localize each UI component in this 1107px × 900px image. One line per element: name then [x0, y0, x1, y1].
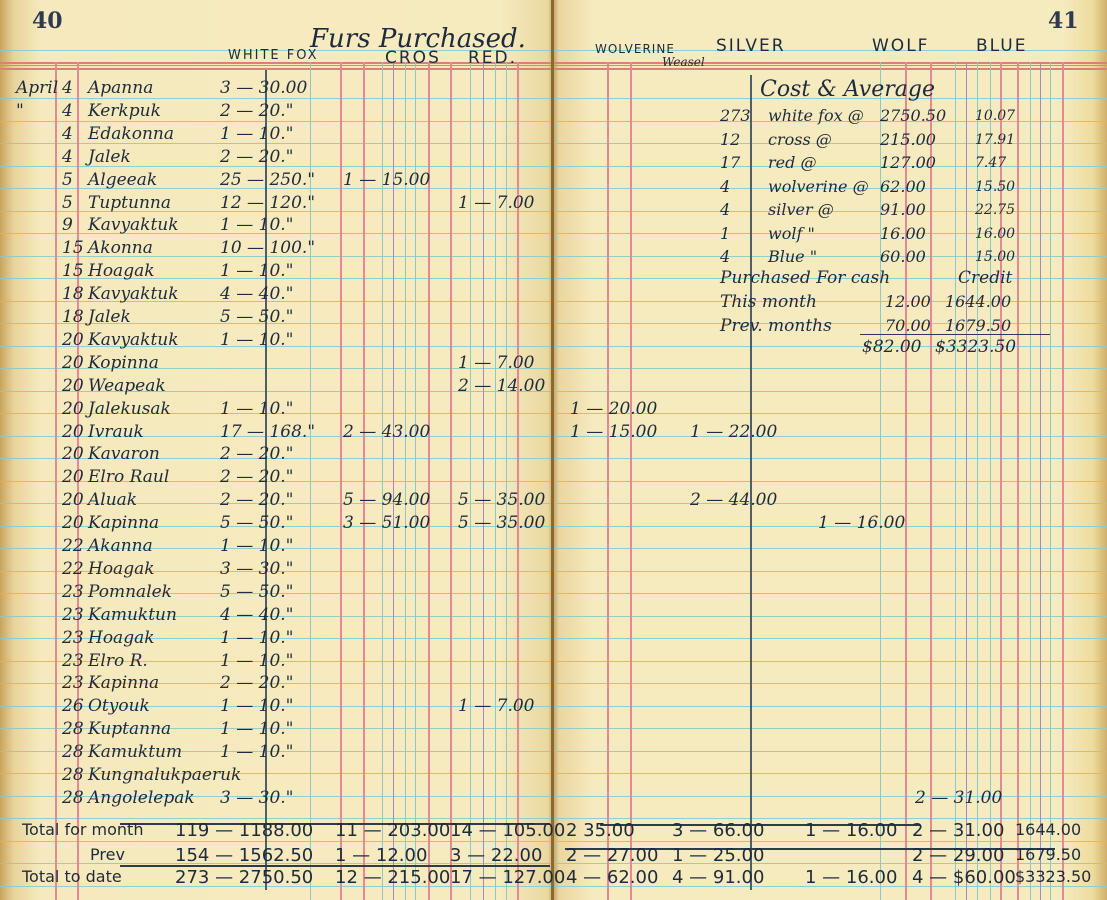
entry-name: Ivrauk	[88, 422, 144, 442]
entry-day: 20	[62, 330, 84, 350]
header-white-fox: WHITE FOX	[228, 48, 319, 63]
entry-white-fox: 17 — 168."	[220, 422, 315, 442]
entry-month: "	[16, 101, 24, 121]
entry-white-fox: 25 — 250."	[220, 170, 315, 190]
entry-wolverine: 1 — 15.00	[570, 422, 657, 442]
entry-silver: 1 — 22.00	[690, 422, 777, 442]
sum-rule	[860, 334, 1050, 335]
table-row: 20Weapeak2 — 14.00	[0, 376, 1107, 398]
table-row: 5Tuptunna12 — 120."1 — 7.00	[0, 193, 1107, 215]
entry-white-fox: 12 — 120."	[220, 193, 315, 213]
entry-white-fox: 3 — 30."	[220, 788, 293, 808]
header-silver: SILVER	[716, 36, 786, 56]
entry-day: 28	[62, 788, 84, 808]
cost-average: 22.75	[975, 200, 1015, 220]
total-silver: 4 — 91.00	[672, 867, 764, 888]
entry-day: 26	[62, 696, 84, 716]
entry-name: Kopinna	[88, 353, 159, 373]
cost-qty: 4	[720, 177, 730, 197]
total-wolverine: 2 35.00	[566, 820, 635, 841]
entry-name: Weapeak	[88, 376, 166, 396]
entry-name: Kungnalukpaeruk	[88, 765, 241, 785]
entry-name: Edakonna	[88, 124, 174, 144]
total-white-fox: 273 — 2750.50	[175, 867, 313, 888]
entry-white-fox: 1 — 10."	[220, 261, 293, 281]
total-wolf: 1 — 16.00	[805, 820, 897, 841]
entry-day: 23	[62, 651, 84, 671]
entry-white-fox: 1 — 10."	[220, 536, 293, 556]
sum-cash: $82.00	[862, 337, 921, 357]
total-red: 14 — 105.00	[450, 820, 565, 841]
prev-months-label: Prev. months	[720, 316, 832, 336]
entry-name: Apanna	[88, 78, 153, 98]
entry-day: 15	[62, 238, 84, 258]
ledger-spread: 40 41 Furs Purchased. WHITE FOX CROS RED…	[0, 0, 1107, 900]
entry-day: 5	[62, 193, 73, 213]
purchased-for-cash-label: Purchased For cash	[720, 268, 890, 288]
prev-months-credit: 1679.50	[945, 316, 1011, 336]
table-row: 23Kapinna2 — 20."	[0, 673, 1107, 695]
entry-name: Kapinna	[88, 673, 159, 693]
entry-name: Hoagak	[88, 261, 155, 281]
entry-day: 28	[62, 719, 84, 739]
this-month-credit: 1644.00	[945, 292, 1011, 312]
table-row: 22Akanna1 — 10."	[0, 536, 1107, 558]
cost-fur: Blue "	[768, 247, 817, 267]
entry-red: 5 — 35.00	[458, 490, 545, 510]
entry-white-fox: 2 — 20."	[220, 673, 293, 693]
entry-white-fox: 1 — 10."	[220, 742, 293, 762]
cost-average: 17.91	[975, 130, 1015, 150]
entry-day: 20	[62, 353, 84, 373]
cost-total: 2750.50	[880, 106, 946, 126]
entry-day: 20	[62, 399, 84, 419]
cost-qty: 273	[720, 106, 751, 126]
entry-name: Kapinna	[88, 513, 159, 533]
entry-white-fox: 4 — 40."	[220, 605, 293, 625]
cost-qty: 1	[720, 224, 730, 244]
entry-silver: 2 — 44.00	[690, 490, 777, 510]
entry-white-fox: 2 — 20."	[220, 147, 293, 167]
total-silver: 1 — 25.00	[672, 845, 764, 866]
cost-fur: wolverine @	[768, 177, 869, 197]
header-weasel: Weasel	[662, 52, 705, 72]
entry-day: 5	[62, 170, 73, 190]
entry-white-fox: 1 — 10."	[220, 124, 293, 144]
cost-total: 215.00	[880, 130, 936, 150]
cost-fur: wolf "	[768, 224, 815, 244]
table-row: 20Kavaron2 — 20."	[0, 444, 1107, 466]
entry-white-fox: 1 — 10."	[220, 719, 293, 739]
entry-day: 23	[62, 673, 84, 693]
entry-red: 2 — 14.00	[458, 376, 545, 396]
total-blue: 4 — $60.00	[912, 867, 1016, 888]
entry-day: 20	[62, 376, 84, 396]
table-row: 20Ivrauk17 — 168."2 — 43.001 — 15.001 — …	[0, 422, 1107, 444]
entry-name: Elro R.	[88, 651, 148, 671]
cost-average: 15.00	[975, 247, 1015, 267]
entry-day: 20	[62, 490, 84, 510]
total-white-fox: 119 — 1188.00	[175, 820, 313, 841]
entry-day: 23	[62, 605, 84, 625]
entry-day: 18	[62, 307, 84, 327]
total-grand: 1679.50	[1015, 845, 1081, 864]
entry-name: Akanna	[88, 536, 153, 556]
total-blue: 2 — 29.00	[912, 845, 1004, 866]
total-wolverine: 2 — 27.00	[566, 845, 658, 866]
cost-total: 62.00	[880, 177, 926, 197]
cost-average: 10.07	[975, 106, 1015, 126]
cost-average-title: Cost & Average	[760, 80, 935, 100]
entry-day: 4	[62, 78, 73, 98]
total-wolf: 1 — 16.00	[805, 867, 897, 888]
table-row: 15Akonna10 — 100."	[0, 238, 1107, 260]
table-row: 23Elro R.1 — 10."	[0, 651, 1107, 673]
total-white-fox: 154 — 1562.50	[175, 845, 313, 866]
table-row: 5Algeeak25 — 250."1 — 15.00	[0, 170, 1107, 192]
entry-day: 23	[62, 628, 84, 648]
table-row: 23Hoagak1 — 10."	[0, 628, 1107, 650]
entry-month: April	[16, 78, 58, 98]
entry-name: Hoagak	[88, 559, 155, 579]
entry-day: 28	[62, 742, 84, 762]
entry-white-fox: 2 — 20."	[220, 490, 293, 510]
entry-name: Kamuktun	[88, 605, 177, 625]
entry-name: Tuptunna	[88, 193, 171, 213]
cost-average: 7.47	[975, 153, 1006, 173]
entry-red: 1 — 7.00	[458, 353, 534, 373]
entry-white-fox: 3 — 30."	[220, 559, 293, 579]
entry-day: 22	[62, 536, 84, 556]
table-row: 18Kavyaktuk4 — 40."	[0, 284, 1107, 306]
total-label-prev: Prev	[90, 845, 125, 864]
prev-months-cash: 70.00	[885, 316, 931, 336]
left-page-number: 40	[32, 8, 63, 34]
table-row: 28Kungnalukpaeruk	[0, 765, 1107, 787]
entry-white-fox: 5 — 50."	[220, 582, 293, 602]
entry-name: Aluak	[88, 490, 137, 510]
credit-label: Credit	[958, 268, 1012, 288]
entry-name: Kavyaktuk	[88, 284, 179, 304]
cost-total: 91.00	[880, 200, 926, 220]
entry-name: Jalekusak	[88, 399, 171, 419]
cost-total: 127.00	[880, 153, 936, 173]
cost-qty: 17	[720, 153, 740, 173]
entry-name: Kavaron	[88, 444, 160, 464]
total-label-to_date: Total to date	[22, 867, 122, 886]
entry-red: 1 — 7.00	[458, 696, 534, 716]
table-row: 20Aluak2 — 20."5 — 94.005 — 35.002 — 44.…	[0, 490, 1107, 512]
total-cros: 12 — 215.00	[335, 867, 450, 888]
entry-white-fox: 1 — 10."	[220, 651, 293, 671]
sum-credit: $3323.50	[935, 337, 1016, 357]
entry-white-fox: 1 — 10."	[220, 696, 293, 716]
entry-day: 22	[62, 559, 84, 579]
entry-white-fox: 1 — 10."	[220, 330, 293, 350]
cost-fur: silver @	[768, 200, 834, 220]
entry-day: 20	[62, 467, 84, 487]
table-row: 28Angolelepak3 — 30."2 — 31.00	[0, 788, 1107, 810]
table-row: 23Pomnalek5 — 50."	[0, 582, 1107, 604]
table-row: 26Otyouk1 — 10."1 — 7.00	[0, 696, 1107, 718]
entry-name: Hoagak	[88, 628, 155, 648]
total-red: 3 — 22.00	[450, 845, 542, 866]
table-row: 18Jalek5 — 50."	[0, 307, 1107, 329]
entry-blue: 2 — 31.00	[915, 788, 1002, 808]
entry-day: 15	[62, 261, 84, 281]
entry-name: Jalek	[88, 307, 131, 327]
entry-white-fox: 5 — 50."	[220, 513, 293, 533]
entry-day: 23	[62, 582, 84, 602]
entry-day: 4	[62, 147, 73, 167]
entry-name: Akonna	[88, 238, 153, 258]
entry-day: 9	[62, 215, 73, 235]
entry-white-fox: 2 — 20."	[220, 444, 293, 464]
entry-cros: 5 — 94.00	[343, 490, 430, 510]
entry-white-fox: 3 — 30.00	[220, 78, 307, 98]
entry-white-fox: 2 — 20."	[220, 101, 293, 121]
total-cros: 1 — 12.00	[335, 845, 427, 866]
cost-qty: 4	[720, 247, 730, 267]
entry-day: 20	[62, 444, 84, 464]
entry-white-fox: 10 — 100."	[220, 238, 315, 258]
table-row: 20Jalekusak1 — 10."1 — 20.00	[0, 399, 1107, 421]
entry-name: Otyouk	[88, 696, 150, 716]
total-grand: 1644.00	[1015, 820, 1081, 839]
table-row: 23Kamuktun4 — 40."	[0, 605, 1107, 627]
entry-name: Kavyaktuk	[88, 215, 179, 235]
total-blue: 2 — 31.00	[912, 820, 1004, 841]
header-wolf: WOLF	[872, 36, 929, 56]
cost-average: 16.00	[975, 224, 1015, 244]
entry-day: 20	[62, 422, 84, 442]
right-page-number: 41	[1048, 8, 1079, 34]
entry-white-fox: 1 — 10."	[220, 628, 293, 648]
entry-day: 28	[62, 765, 84, 785]
entry-name: Pomnalek	[88, 582, 172, 602]
entry-name: Angolelepak	[88, 788, 195, 808]
cost-total: 60.00	[880, 247, 926, 267]
table-row: 22Hoagak3 — 30."	[0, 559, 1107, 581]
table-row: 20Kapinna5 — 50."3 — 51.005 — 35.001 — 1…	[0, 513, 1107, 535]
table-row: 28Kuptanna1 — 10."	[0, 719, 1107, 741]
table-row: 4Jalek2 — 20."	[0, 147, 1107, 169]
this-month-label: This month	[720, 292, 817, 312]
entry-name: Kavyaktuk	[88, 330, 179, 350]
header-red: RED.	[468, 48, 517, 68]
entry-day: 4	[62, 124, 73, 144]
cost-fur: white fox @	[768, 106, 864, 126]
this-month-cash: 12.00	[885, 292, 931, 312]
table-row: 9Kavyaktuk1 — 10."	[0, 215, 1107, 237]
entry-wolf: 1 — 16.00	[818, 513, 905, 533]
entry-cros: 1 — 15.00	[343, 170, 430, 190]
entry-name: Elro Raul	[88, 467, 169, 487]
entry-day: 4	[62, 101, 73, 121]
table-row: 4Edakonna1 — 10."	[0, 124, 1107, 146]
table-row: 15Hoagak1 — 10."	[0, 261, 1107, 283]
entry-name: Kuptanna	[88, 719, 171, 739]
cost-qty: 12	[720, 130, 740, 150]
total-grand: $3323.50	[1015, 867, 1091, 886]
entry-red: 5 — 35.00	[458, 513, 545, 533]
entry-name: Kamuktum	[88, 742, 182, 762]
cost-qty: 4	[720, 200, 730, 220]
entry-red: 1 — 7.00	[458, 193, 534, 213]
entry-cros: 3 — 51.00	[343, 513, 430, 533]
entry-cros: 2 — 43.00	[343, 422, 430, 442]
cost-average: 15.50	[975, 177, 1015, 197]
entry-white-fox: 4 — 40."	[220, 284, 293, 304]
table-row: 28Kamuktum1 — 10."	[0, 742, 1107, 764]
entry-name: Kerkpuk	[88, 101, 161, 121]
entry-white-fox: 1 — 10."	[220, 215, 293, 235]
cost-total: 16.00	[880, 224, 926, 244]
entry-white-fox: 1 — 10."	[220, 399, 293, 419]
entry-wolverine: 1 — 20.00	[570, 399, 657, 419]
header-cros: CROS	[385, 48, 441, 68]
table-row: April4Apanna3 — 30.00	[0, 78, 1107, 100]
entry-name: Jalek	[88, 147, 131, 167]
cost-fur: red @	[768, 153, 816, 173]
table-row: 20Elro Raul2 — 20."	[0, 467, 1107, 489]
header-blue: BLUE	[976, 36, 1027, 56]
entry-white-fox: 5 — 50."	[220, 307, 293, 327]
entry-day: 20	[62, 513, 84, 533]
total-cros: 11 — 203.00	[335, 820, 450, 841]
total-silver: 3 — 66.00	[672, 820, 764, 841]
total-label-month: Total for month	[22, 820, 143, 839]
entry-name: Algeeak	[88, 170, 157, 190]
entry-day: 18	[62, 284, 84, 304]
entry-white-fox: 2 — 20."	[220, 467, 293, 487]
cost-fur: cross @	[768, 130, 832, 150]
total-red: 17 — 127.00	[450, 867, 565, 888]
total-wolverine: 4 — 62.00	[566, 867, 658, 888]
